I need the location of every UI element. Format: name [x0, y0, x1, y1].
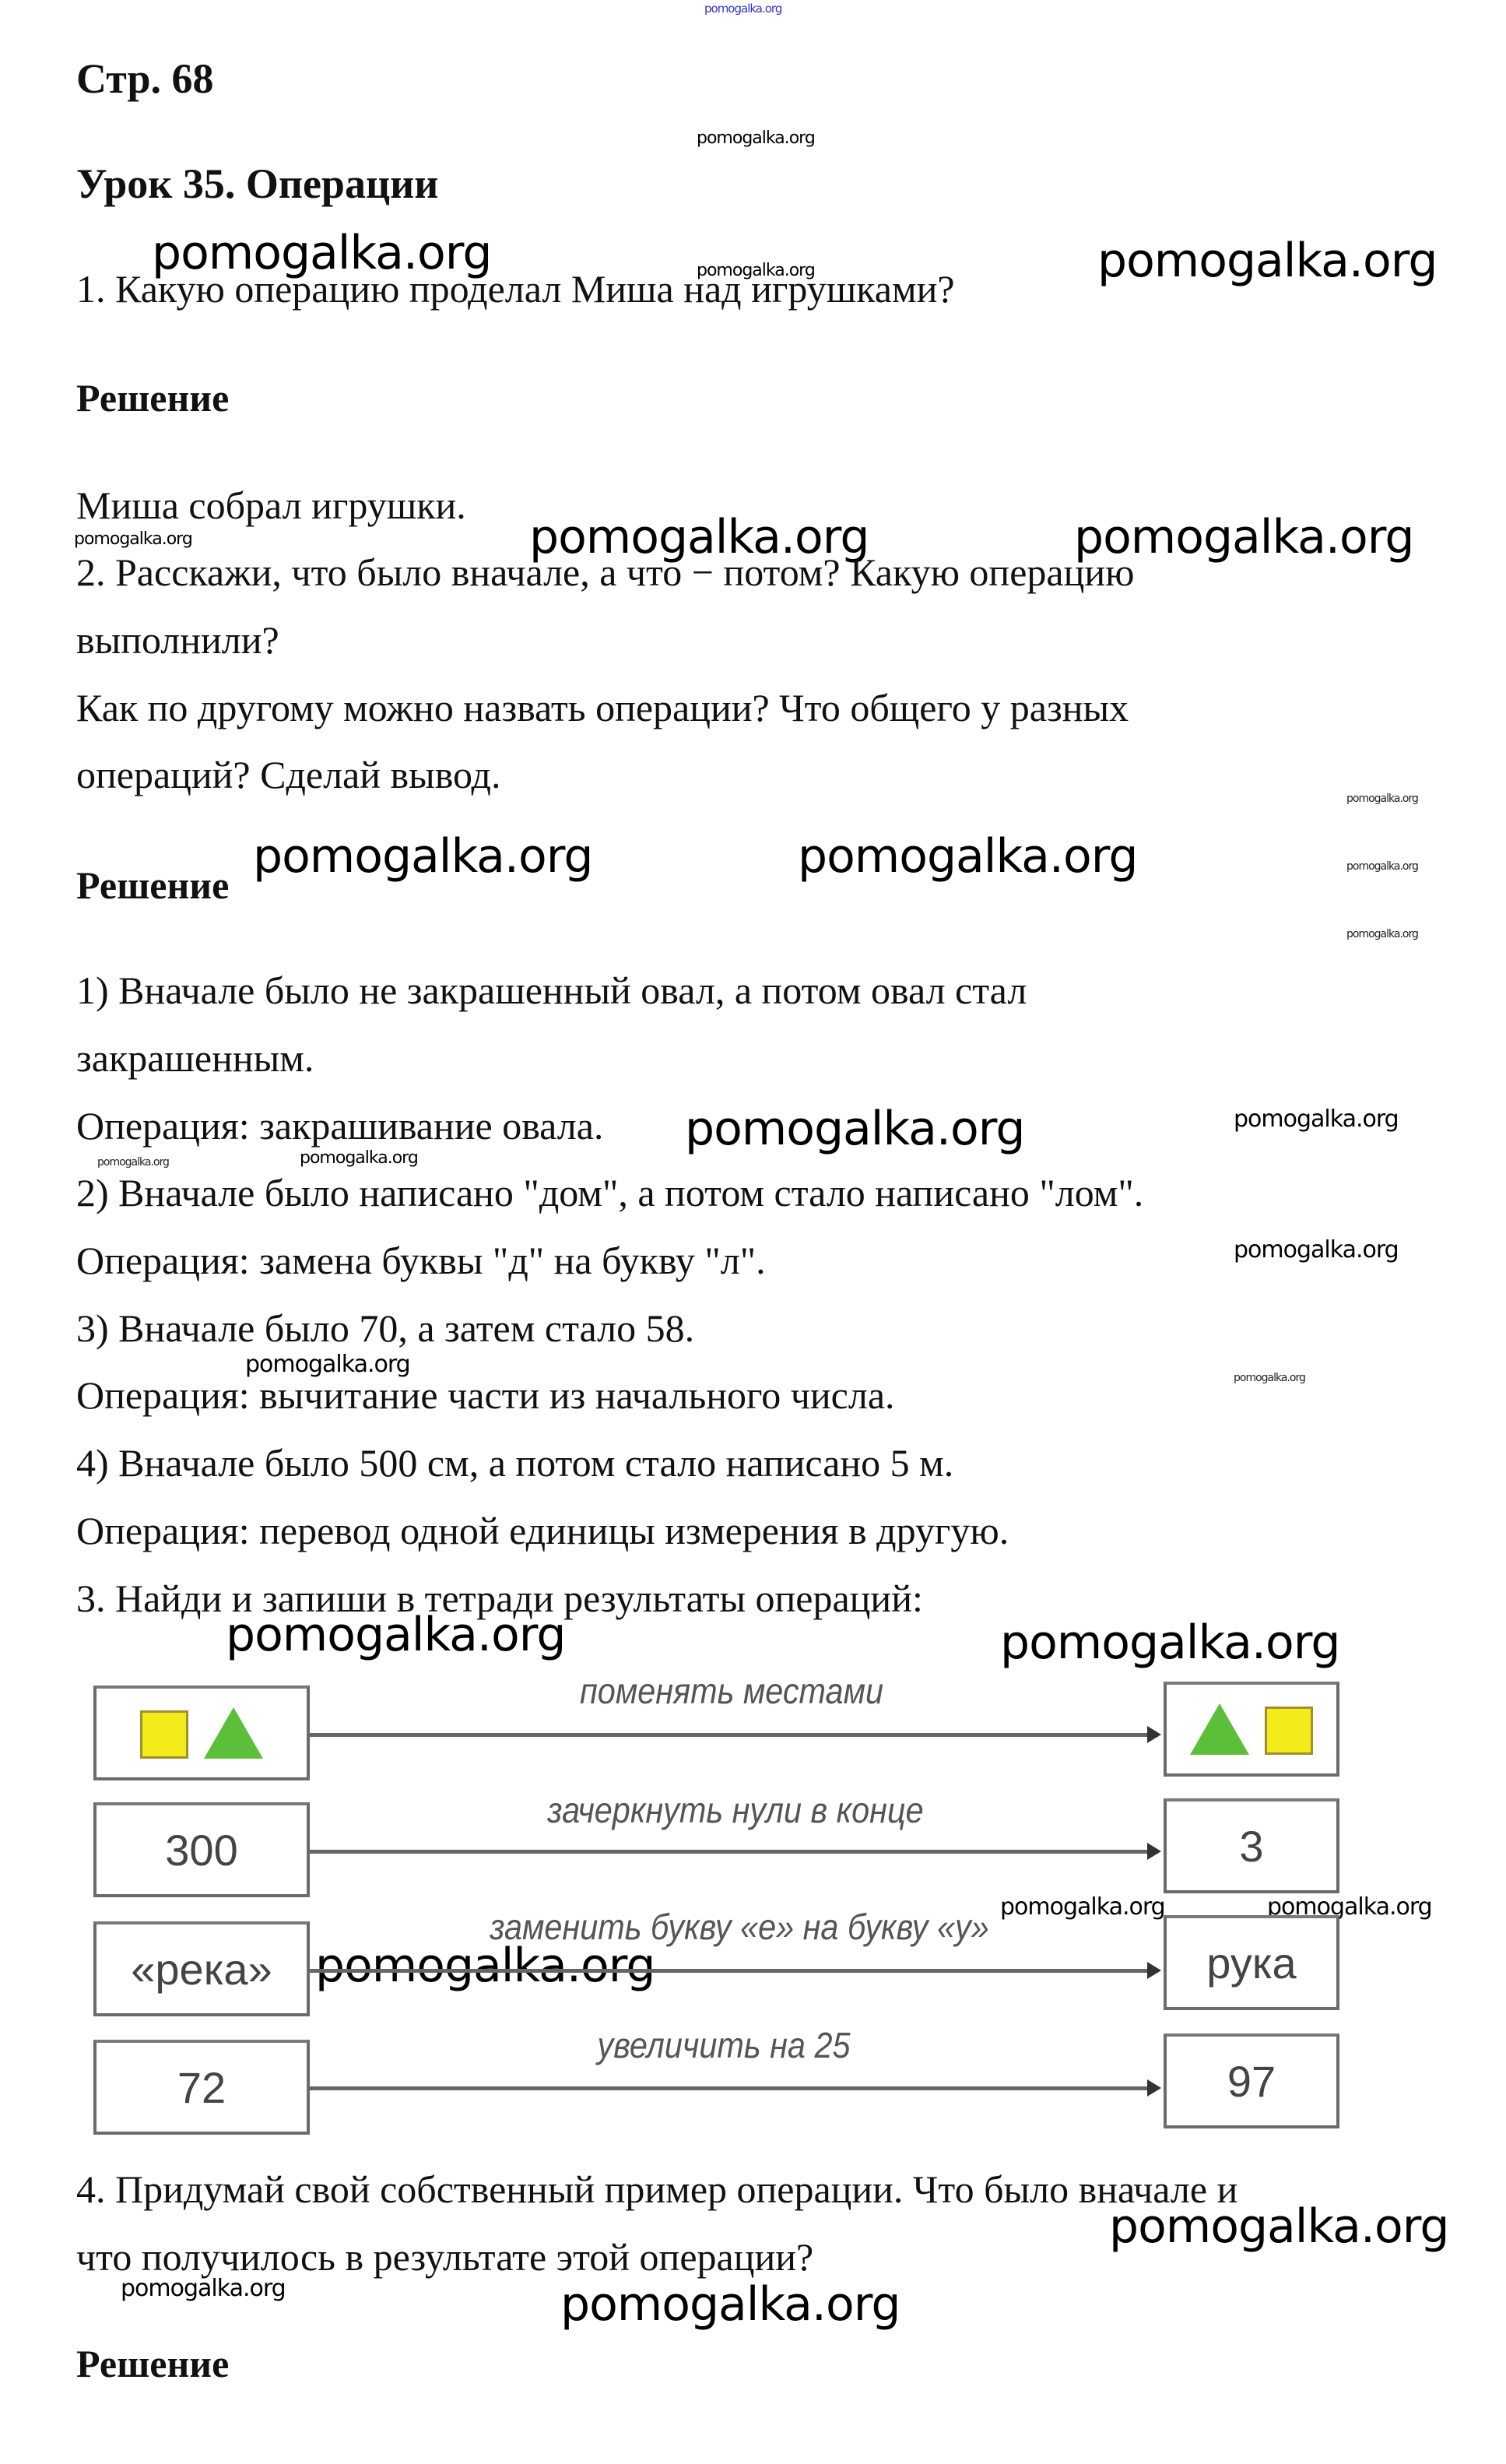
task1-question: 1. Какую операцию проделал Миша над игру… — [76, 266, 955, 311]
arrow-icon — [310, 1969, 1158, 1973]
task2-answer-line: закрашенным. — [76, 1035, 314, 1081]
watermark: pomogalka.org — [560, 2277, 900, 2332]
task2-question-line: выполнили? — [76, 617, 279, 663]
solution-heading: Решение — [76, 375, 229, 420]
yellow-square-icon — [140, 1710, 188, 1759]
task2-answer-line: 1) Вначале было не закрашенный овал, а п… — [76, 968, 1027, 1013]
arrow-icon — [310, 1733, 1158, 1737]
operation-label: зачеркнуть нули в конце — [438, 1789, 1034, 1831]
lesson-title: Урок 35. Операции — [76, 160, 438, 208]
operation-label: заменить букву «е» на букву «у» — [382, 1906, 1097, 1948]
diagram-output-box: 3 — [1164, 1798, 1339, 1893]
watermark: pomogalka.org — [1234, 1105, 1399, 1133]
watermark: pomogalka.org — [1346, 860, 1418, 873]
page-label: Стр. 68 — [76, 54, 214, 103]
task4-question-line: 4. Придумай свой собственный пример опер… — [76, 2167, 1237, 2212]
green-triangle-icon — [1190, 1703, 1249, 1755]
green-triangle-icon — [204, 1707, 263, 1759]
task2-answer-line: 3) Вначале было 70, а затем стало 58. — [76, 1306, 694, 1351]
watermark: pomogalka.org — [697, 128, 815, 148]
watermark: pomogalka.org — [798, 829, 1137, 884]
diagram-input-box: 72 — [93, 2040, 310, 2135]
watermark: pomogalka.org — [685, 1102, 1024, 1156]
task2-answer-line: Операция: перевод одной единицы измерени… — [76, 1508, 1009, 1553]
watermark: pomogalka.org — [74, 529, 192, 549]
diagram-input-box: 300 — [93, 1802, 310, 1897]
task2-answer-line: 2) Вначале было написано "дом", а потом … — [76, 1170, 1143, 1215]
watermark: pomogalka.org — [1346, 928, 1418, 940]
yellow-square-icon — [1265, 1707, 1313, 1755]
task1-answer: Миша собрал игрушки. — [76, 483, 466, 528]
watermark: pomogalka.org — [1000, 1615, 1339, 1670]
operation-label: поменять местами — [521, 1670, 942, 1712]
watermark: pomogalka.org — [1097, 234, 1437, 288]
diagram-output-box: 97 — [1164, 2033, 1339, 2128]
task2-answer-line: Операция: вычитание части из начального … — [76, 1373, 895, 1418]
operation-label: увеличить на 25 — [514, 2024, 934, 2066]
task3-question: 3. Найди и запиши в тетради результаты о… — [76, 1576, 923, 1621]
watermark: pomogalka.org — [1234, 1372, 1305, 1384]
task4-question-line: что получилось в результате этой операци… — [76, 2234, 813, 2279]
task2-question-line: Как по другому можно назвать операции? Ч… — [76, 685, 1129, 730]
diagram-input-box: «река» — [93, 1921, 310, 2016]
task2-answer-line: 4) Вначале было 500 см, а потом стало на… — [76, 1440, 953, 1485]
arrow-icon — [310, 1850, 1158, 1854]
task2-question-line: операций? Сделай вывод. — [76, 752, 500, 797]
diagram-output-box — [1164, 1682, 1339, 1777]
diagram-output-box: рука — [1164, 1915, 1339, 2010]
task2-answer-line: Операция: закрашивание овала. — [76, 1103, 603, 1148]
arrow-icon — [310, 2086, 1158, 2090]
watermark: pomogalka.org — [97, 1156, 169, 1169]
solution-heading: Решение — [76, 863, 229, 908]
task2-question-line: 2. Расскажи, что было вначале, а что − п… — [76, 550, 1134, 595]
diagram-input-box — [93, 1685, 310, 1780]
watermark-top: pomogalka.org — [704, 2, 781, 16]
watermark: pomogalka.org — [1234, 1236, 1399, 1264]
watermark: pomogalka.org — [300, 1148, 418, 1168]
watermark: pomogalka.org — [253, 829, 592, 884]
task2-answer-line: Операция: замена буквы "д" на букву "л". — [76, 1238, 766, 1283]
solution-heading: Решение — [76, 2341, 229, 2386]
watermark: pomogalka.org — [1346, 793, 1418, 805]
